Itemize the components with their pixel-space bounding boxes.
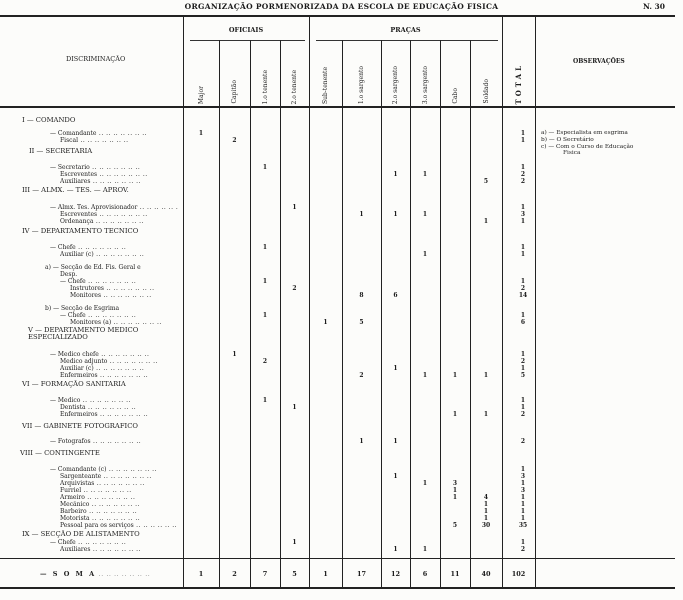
column-header-label: 2.o sargento xyxy=(392,60,399,104)
cell-value: 5 xyxy=(342,319,381,326)
cell-value: 2 xyxy=(280,285,309,292)
row-total: 1 xyxy=(502,218,544,225)
row-label-text: a) — Secção de Ed. Fis. Geral e xyxy=(45,264,141,271)
cell-value: 1 xyxy=(440,494,470,501)
section-heading: IV — DEPARTAMENTO TECNICO xyxy=(22,228,138,235)
section-heading: VII — GABINETE FOTOGRAFICO xyxy=(22,423,138,430)
cell-value: 1 xyxy=(440,411,470,418)
row-label-text: Instrutores xyxy=(70,285,104,292)
leader-dots: .. .. .. .. .. .. .. xyxy=(96,572,150,578)
note-a: a) — Especialista em esgrima xyxy=(541,130,633,137)
row-label: Monitores .. .. .. .. .. .. .. xyxy=(70,292,178,299)
row-label: Enfermeiros .. .. .. .. .. .. .. xyxy=(60,372,178,379)
cell-value: 1 xyxy=(410,251,440,258)
row-total: 2 xyxy=(502,438,544,445)
row-label: Auxiliares .. .. .. .. .. .. .. xyxy=(60,178,178,185)
soma-value: 17 xyxy=(342,570,381,578)
leader-dots: .. .. .. .. .. .. .. xyxy=(80,397,131,404)
leader-dots: .. .. .. .. .. .. .. xyxy=(97,171,148,178)
row-total: 2 xyxy=(502,411,544,418)
row-total: 1 xyxy=(502,137,544,144)
leader-dots: .. .. .. .. .. .. .. xyxy=(76,539,127,546)
column-header: 2.o tenente xyxy=(280,42,309,104)
column-header-label: 1.o sargento xyxy=(358,60,365,104)
note-c: c) — Com o Curso de Educação xyxy=(541,144,633,151)
cell-value: 5 xyxy=(440,522,470,529)
soma-label: — S O M A .. .. .. .. .. .. .. xyxy=(40,570,151,578)
cell-value: 1 xyxy=(381,171,410,178)
row-label-text: Arquivistas xyxy=(60,480,94,487)
row-label-text: — Chefe xyxy=(60,312,86,319)
header-bottom-rule xyxy=(0,106,675,108)
leader-dots: .. .. .. .. .. .. .. xyxy=(101,292,152,299)
leader-dots: .. .. .. .. .. .. .. xyxy=(94,251,145,258)
leader-dots: .. .. .. .. .. .. .. xyxy=(94,365,145,372)
page-number: N. 30 xyxy=(643,2,665,11)
row-label-text: Motorista xyxy=(60,515,90,522)
cell-value: 1 xyxy=(381,473,410,480)
soma-top-rule xyxy=(0,558,675,559)
row-label: Enfermeiros .. .. .. .. .. .. .. xyxy=(60,411,178,418)
note-c-cont: Fisica xyxy=(541,150,633,157)
row-label: Monitores (a) .. .. .. .. .. .. .. xyxy=(70,319,178,326)
column-divider xyxy=(440,40,441,587)
row-total: 2 xyxy=(502,178,544,185)
leader-dots: .. .. .. .. .. .. .. xyxy=(99,351,150,358)
cell-value: 1 xyxy=(381,211,410,218)
leader-dots: .. .. .. .. .. .. .. xyxy=(106,466,157,473)
cell-value: 1 xyxy=(381,365,410,372)
leader-dots: .. .. .. .. .. .. .. xyxy=(134,522,178,529)
leader-dots: .. .. .. .. .. .. .. xyxy=(78,137,129,144)
cell-value: 1 xyxy=(410,171,440,178)
row-label: Auxiliar (c) .. .. .. .. .. .. .. xyxy=(60,251,178,258)
section-heading: I — COMANDO xyxy=(22,117,75,124)
header-oficiais: OFICIAIS xyxy=(183,26,309,34)
row-label: — Fotografos .. .. .. .. .. .. .. xyxy=(50,438,178,445)
leader-dots: .. .. .. .. .. .. .. xyxy=(97,211,148,218)
cell-value: 6 xyxy=(381,292,410,299)
column-header: Capitão xyxy=(219,42,250,104)
leader-dots: .. .. .. .. .. .. .. xyxy=(90,515,141,522)
column-header: Sub-tenente xyxy=(309,42,342,104)
cell-value: 1 xyxy=(381,546,410,553)
row-label: Auxiliares .. .. .. .. .. .. .. xyxy=(60,546,178,553)
cell-value: 1 xyxy=(280,404,309,411)
leader-dots: .. .. .. .. .. .. .. xyxy=(90,164,141,171)
row-label-text: Escreventes xyxy=(60,211,97,218)
leader-dots: .. .. .. .. .. .. .. xyxy=(89,501,140,508)
row-label-text: — Chefe xyxy=(50,539,76,546)
cell-value: 1 xyxy=(280,539,309,546)
cell-value: 1 xyxy=(410,372,440,379)
row-total: 35 xyxy=(502,522,544,529)
row-label-text: Furriel xyxy=(60,487,81,494)
row-label-text: — Chefe xyxy=(50,244,76,251)
soma-value: 12 xyxy=(381,570,410,578)
soma-value: 6 xyxy=(410,570,440,578)
cell-value: 1 xyxy=(470,218,502,225)
column-header-label: Major xyxy=(198,80,205,104)
cell-value: 5 xyxy=(470,178,502,185)
cell-value: 1 xyxy=(470,372,502,379)
row-label-text: — Fotografos xyxy=(50,438,91,445)
row-label-text: Pessoal para os serviços xyxy=(60,522,134,529)
leader-dots: .. .. .. .. .. .. .. xyxy=(94,480,145,487)
leader-dots: .. .. .. .. .. .. .. xyxy=(107,358,158,365)
cell-value: 1 xyxy=(470,411,502,418)
leader-dots: .. .. .. .. .. .. .. xyxy=(86,278,137,285)
row-label-text: Auxiliares xyxy=(60,178,90,185)
header-discriminacao: DISCRIMINAÇÃO xyxy=(66,55,125,63)
row-label-text: — Comandante (c) xyxy=(50,466,106,473)
row-total: 14 xyxy=(502,292,544,299)
leader-dots: .. .. .. .. .. .. .. xyxy=(76,244,127,251)
cell-value: 1 xyxy=(183,130,219,137)
leader-dots: .. .. .. .. .. .. .. xyxy=(98,411,149,418)
cell-value: 8 xyxy=(342,292,381,299)
row-label-text: Dentista xyxy=(60,404,86,411)
page-title: ORGANIZAÇÃO PORMENORIZADA DA ESCOLA DE E… xyxy=(0,2,683,11)
section-heading: III — ALMX. — TES. — APROV. xyxy=(22,187,129,194)
column-header-label: Capitão xyxy=(231,74,238,104)
soma-value: 1 xyxy=(309,570,342,578)
row-label: Pessoal para os serviços .. .. .. .. .. … xyxy=(60,522,178,529)
leader-dots: .. .. .. .. .. .. .. xyxy=(86,404,137,411)
observacoes-notes: a) — Especialista em esgrima b) — O Secr… xyxy=(541,130,633,157)
soma-value: 11 xyxy=(440,570,470,578)
section-heading: IX — SECÇÃO DE ALISTAMENTO xyxy=(22,531,140,538)
section-heading: VIII — CONTINGENTE xyxy=(20,450,100,457)
cell-value: 1 xyxy=(250,278,280,285)
cell-value: 1 xyxy=(381,438,410,445)
soma-value: 2 xyxy=(219,570,250,578)
leader-dots: .. .. .. .. .. .. .. xyxy=(81,487,132,494)
cell-value: 1 xyxy=(250,312,280,319)
leader-dots: .. .. .. .. .. .. .. xyxy=(97,130,148,137)
cell-value: 2 xyxy=(250,358,280,365)
section-heading: V — DEPARTAMENTO MEDICO ESPECIALIZADO xyxy=(28,327,178,342)
cell-value: 2 xyxy=(342,372,381,379)
bottom-rule xyxy=(0,587,675,589)
soma-total: 102 xyxy=(502,570,535,578)
row-label-text: Auxiliar (c) xyxy=(60,365,94,372)
column-divider xyxy=(410,40,411,587)
cell-value: 2 xyxy=(219,137,250,144)
column-divider xyxy=(219,40,220,587)
soma-value: 40 xyxy=(470,570,502,578)
cell-value: 1 xyxy=(250,244,280,251)
leader-dots: .. .. .. .. .. .. .. xyxy=(93,218,144,225)
column-header-label: Sub-tenente xyxy=(322,61,329,104)
column-header: 1.o sargento xyxy=(342,42,381,104)
soma-value: 1 xyxy=(183,570,219,578)
row-label-text: Monitores xyxy=(70,292,101,299)
leader-dots: .. .. .. .. .. .. .. xyxy=(137,204,178,211)
cell-value: 1 xyxy=(342,211,381,218)
row-label-text: Monitores (a) xyxy=(70,319,111,326)
row-label-text: Ordenança xyxy=(60,218,93,225)
row-label-text: — Chefe xyxy=(60,278,86,285)
cell-value: 1 xyxy=(410,211,440,218)
row-label-text: — Medico xyxy=(50,397,80,404)
column-header: Cabo xyxy=(440,42,470,104)
soma-label-text: — S O M A xyxy=(40,570,96,578)
row-label-text: Fiscal xyxy=(60,137,78,144)
column-divider xyxy=(280,40,281,587)
row-label-text: Sargenteante xyxy=(60,473,101,480)
column-divider xyxy=(342,40,343,587)
cell-value: 1 xyxy=(410,546,440,553)
soma-value: 5 xyxy=(280,570,309,578)
section-heading: II — SECRETARIA xyxy=(29,148,92,155)
leader-dots: .. .. .. .. .. .. .. xyxy=(87,508,138,515)
row-total: 2 xyxy=(502,546,544,553)
row-label-text: — Secretario xyxy=(50,164,90,171)
row-label-text: Mecânico xyxy=(60,501,89,508)
row-total: 6 xyxy=(502,319,544,326)
cell-value: 1 xyxy=(342,438,381,445)
cell-value: 1 xyxy=(250,397,280,404)
leader-dots: .. .. .. .. .. .. .. xyxy=(90,546,141,553)
row-label-text: Armeiro xyxy=(60,494,85,501)
column-divider xyxy=(381,40,382,587)
section-heading: VI — FORMAÇÃO SANITARIA xyxy=(22,381,126,388)
leader-dots: .. .. .. .. .. .. .. xyxy=(91,438,142,445)
row-label-text: — Medico chefe xyxy=(50,351,99,358)
column-header-label: Cabo xyxy=(452,82,459,104)
top-rule xyxy=(0,15,675,17)
row-total: 5 xyxy=(502,372,544,379)
row-label-text: Auxiliares xyxy=(60,546,90,553)
header-observacoes: OBSERVAÇÕES xyxy=(573,58,625,65)
cell-value: 1 xyxy=(410,480,440,487)
note-b: b) — O Secretário xyxy=(541,137,633,144)
cell-value: 1 xyxy=(219,351,250,358)
row-label-text: — Almx. Tes. Aprovisionador xyxy=(50,204,137,211)
column-header: 1.o tenente xyxy=(250,42,280,104)
header-pracas: PRAÇAS xyxy=(309,26,502,34)
row-label-text: — Comandante xyxy=(50,130,97,137)
row-label-text: Medico adjunto xyxy=(60,358,107,365)
cell-value: 30 xyxy=(470,522,502,529)
oficiais-underline xyxy=(190,40,305,41)
leader-dots: .. .. .. .. .. .. .. xyxy=(111,319,162,326)
row-label-text: Auxiliar (c) xyxy=(60,251,94,258)
row-label-text: Desp. xyxy=(60,271,77,278)
column-header-label: 1.o tenente xyxy=(262,64,269,104)
column-header-label: 3.o sargento xyxy=(422,60,429,104)
row-label-text: Escreventes xyxy=(60,171,97,178)
row-label-text: Barbeiro xyxy=(60,508,87,515)
leader-dots: .. .. .. .. .. .. .. xyxy=(86,312,137,319)
column-header: 2.o sargento xyxy=(381,42,410,104)
leader-dots: .. .. .. .. .. .. .. xyxy=(101,473,152,480)
row-total: 1 xyxy=(502,251,544,258)
column-header: 3.o sargento xyxy=(410,42,440,104)
column-header-label: Soldado xyxy=(483,73,490,104)
total-header: TOTAL xyxy=(502,20,535,104)
column-header-label: 2.o tenente xyxy=(291,64,298,104)
row-label-text: b) — Secção de Esgrima xyxy=(45,305,119,312)
cell-value: 1 xyxy=(280,204,309,211)
cell-value: 1 xyxy=(309,319,342,326)
row-label-text: Enfermeiros xyxy=(60,372,98,379)
soma-value: 7 xyxy=(250,570,280,578)
cell-value: 1 xyxy=(250,164,280,171)
cell-value: 1 xyxy=(440,372,470,379)
leader-dots: .. .. .. .. .. .. .. xyxy=(85,494,136,501)
row-label-text: Enfermeiros xyxy=(60,411,98,418)
column-header: Soldado xyxy=(470,42,502,104)
leader-dots: .. .. .. .. .. .. .. xyxy=(90,178,141,185)
leader-dots: .. .. .. .. .. .. .. xyxy=(104,285,155,292)
leader-dots: .. .. .. .. .. .. .. xyxy=(98,372,149,379)
total-header-label: TOTAL xyxy=(514,57,523,105)
row-label: Ordenança .. .. .. .. .. .. .. xyxy=(60,218,178,225)
row-label: Fiscal .. .. .. .. .. .. .. xyxy=(60,137,178,144)
column-header: Major xyxy=(183,42,219,104)
